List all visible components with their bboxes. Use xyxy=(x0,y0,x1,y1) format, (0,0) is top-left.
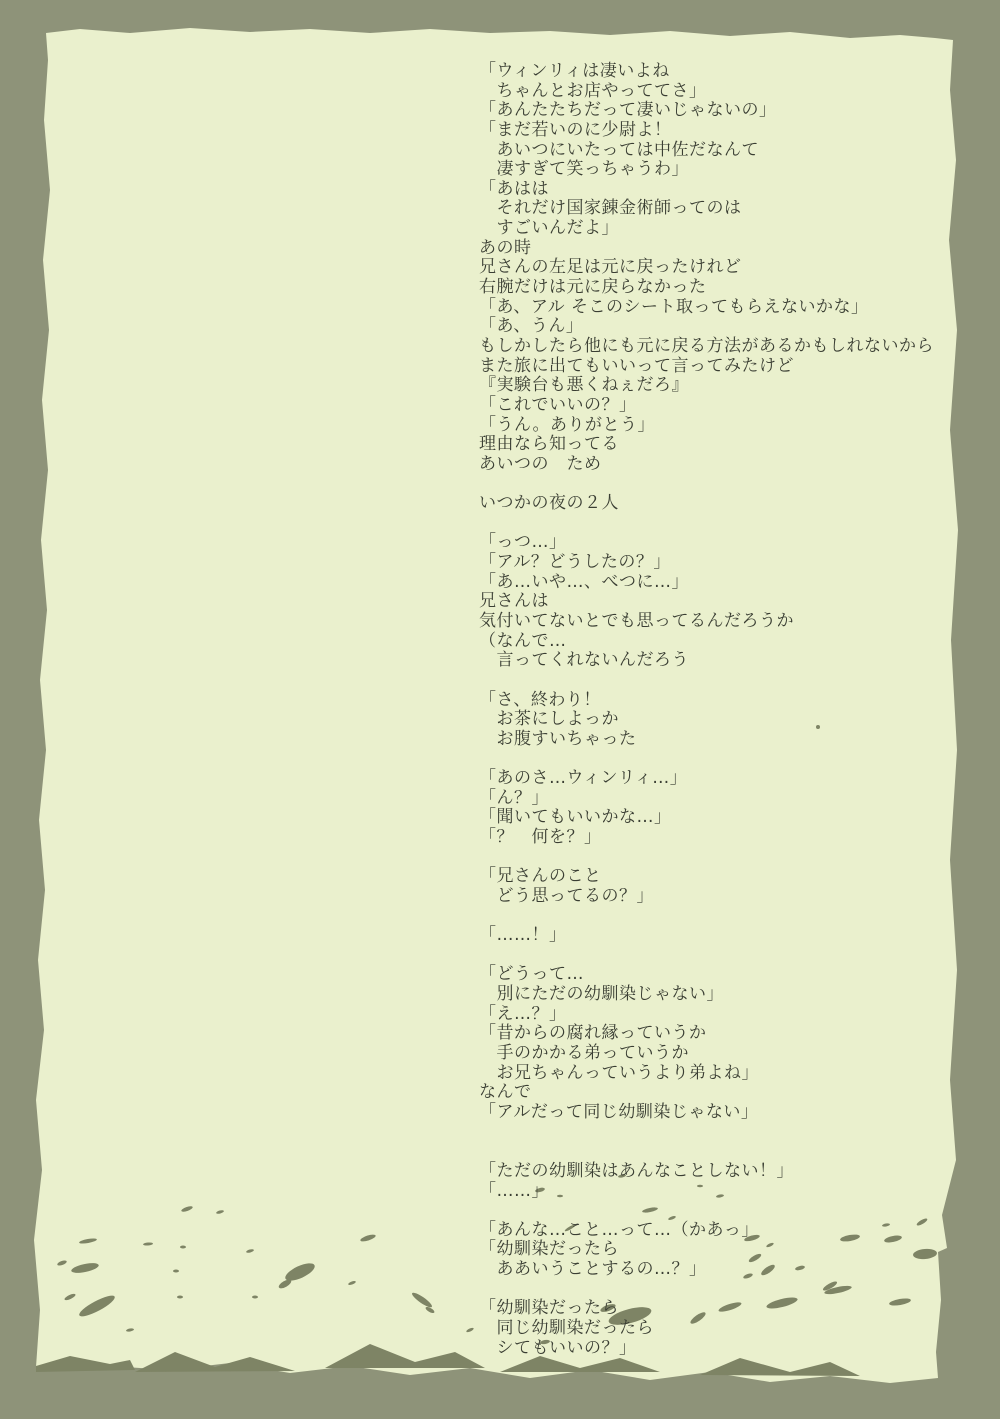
text-line: あの時 xyxy=(479,239,959,259)
text-line xyxy=(479,1280,959,1300)
text-line: 同じ幼馴染だったら xyxy=(479,1319,959,1339)
text-line: 「聞いてもいいかな…」 xyxy=(479,808,959,828)
text-line: どう思ってるの？」 xyxy=(479,887,959,907)
text-line: 「……」 xyxy=(479,1182,959,1202)
text-line: いつかの夜の２人 xyxy=(479,494,959,514)
text-line: 「ただの幼馴染はあんなことしない！」 xyxy=(479,1162,959,1182)
text-line xyxy=(479,946,959,966)
text-line xyxy=(479,514,959,534)
text-line: 「っつ…」 xyxy=(479,533,959,553)
text-line: 兄さんの左足は元に戻ったけれど xyxy=(479,258,959,278)
text-line xyxy=(479,474,959,494)
text-line: 「え…？」 xyxy=(479,1005,959,1025)
text-line: 気付いてないとでも思ってるんだろうか xyxy=(479,612,959,632)
text-line: 「さ、終わり！ xyxy=(479,691,959,711)
text-line: それだけ国家錬金術師ってのは xyxy=(479,199,959,219)
text-line: なんで xyxy=(479,1083,959,1103)
text-line: 「あんな…こと…って…（かあっ」 xyxy=(479,1221,959,1241)
text-line xyxy=(479,1201,959,1221)
text-line: 「あんたたちだって凄いじゃないの」 xyxy=(479,101,959,121)
text-line: また旅に出てもいいって言ってみたけど xyxy=(479,357,959,377)
text-line: ちゃんとお店やっててさ」 xyxy=(479,82,959,102)
text-line: 「あ、アル そこのシート取ってもらえないかな」 xyxy=(479,298,959,318)
text-line: 「……！」 xyxy=(479,926,959,946)
text-line xyxy=(479,749,959,769)
text-line: もしかしたら他にも元に戻る方法があるかもしれないから xyxy=(479,337,959,357)
text-line: すごいんだよ」 xyxy=(479,219,959,239)
text-line: 右腕だけは元に戻らなかった xyxy=(479,278,959,298)
text-line: お腹すいちゃった xyxy=(479,730,959,750)
text-line: 「幼馴染だったら xyxy=(479,1299,959,1319)
text-line: 「ん？」 xyxy=(479,789,959,809)
text-line: 「うん。ありがとう」 xyxy=(479,416,959,436)
text-line: 「これでいいの？」 xyxy=(479,396,959,416)
text-line: 「あのさ…ウィンリィ…」 xyxy=(479,769,959,789)
text-line: お茶にしよっか xyxy=(479,710,959,730)
text-line: あいつにいたっては中佐だなんて xyxy=(479,141,959,161)
text-line: （なんで… xyxy=(479,632,959,652)
text-line: シてもいいの？」 xyxy=(479,1339,959,1359)
text-line: 「あはは xyxy=(479,180,959,200)
text-line: 手のかかる弟っていうか xyxy=(479,1044,959,1064)
text-line: 「昔からの腐れ縁っていうか xyxy=(479,1024,959,1044)
text-line: 「あ…いや…、べつに…」 xyxy=(479,573,959,593)
text-line: 別にただの幼馴染じゃない」 xyxy=(479,985,959,1005)
text-line: お兄ちゃんっていうより弟よね」 xyxy=(479,1064,959,1084)
text-line: 「あ、うん」 xyxy=(479,317,959,337)
text-line: 「ウィンリィは凄いよね xyxy=(479,62,959,82)
text-line: 『実験台も悪くねぇだろ』 xyxy=(479,376,959,396)
text-line: 「どうって… xyxy=(479,965,959,985)
text-line xyxy=(479,848,959,868)
text-line: 「兄さんのこと xyxy=(479,867,959,887)
text-line: 「まだ若いのに少尉よ！ xyxy=(479,121,959,141)
text-line xyxy=(479,671,959,691)
text-block: 「ウィンリィは凄いよね ちゃんとお店やっててさ」「あんたたちだって凄いじゃないの… xyxy=(479,62,959,1358)
text-line: あいつの ため xyxy=(479,455,959,475)
text-line: 「？ 何を？」 xyxy=(479,828,959,848)
text-line xyxy=(479,907,959,927)
text-line: 凄すぎて笑っちゃうわ」 xyxy=(479,160,959,180)
text-line xyxy=(479,1123,959,1143)
text-line: 「幼馴染だったら xyxy=(479,1240,959,1260)
text-line: ああいうことするの…？」 xyxy=(479,1260,959,1280)
scanned-page: 「ウィンリィは凄いよね ちゃんとお店やっててさ」「あんたたちだって凄いじゃないの… xyxy=(0,0,1000,1419)
text-line: 理由なら知ってる xyxy=(479,435,959,455)
text-line: 「アルだって同じ幼馴染じゃない」 xyxy=(479,1103,959,1123)
text-line: 「アル？どうしたの？」 xyxy=(479,553,959,573)
text-line: 兄さんは xyxy=(479,592,959,612)
text-line: 言ってくれないんだろう xyxy=(479,651,959,671)
text-line xyxy=(479,1142,959,1162)
